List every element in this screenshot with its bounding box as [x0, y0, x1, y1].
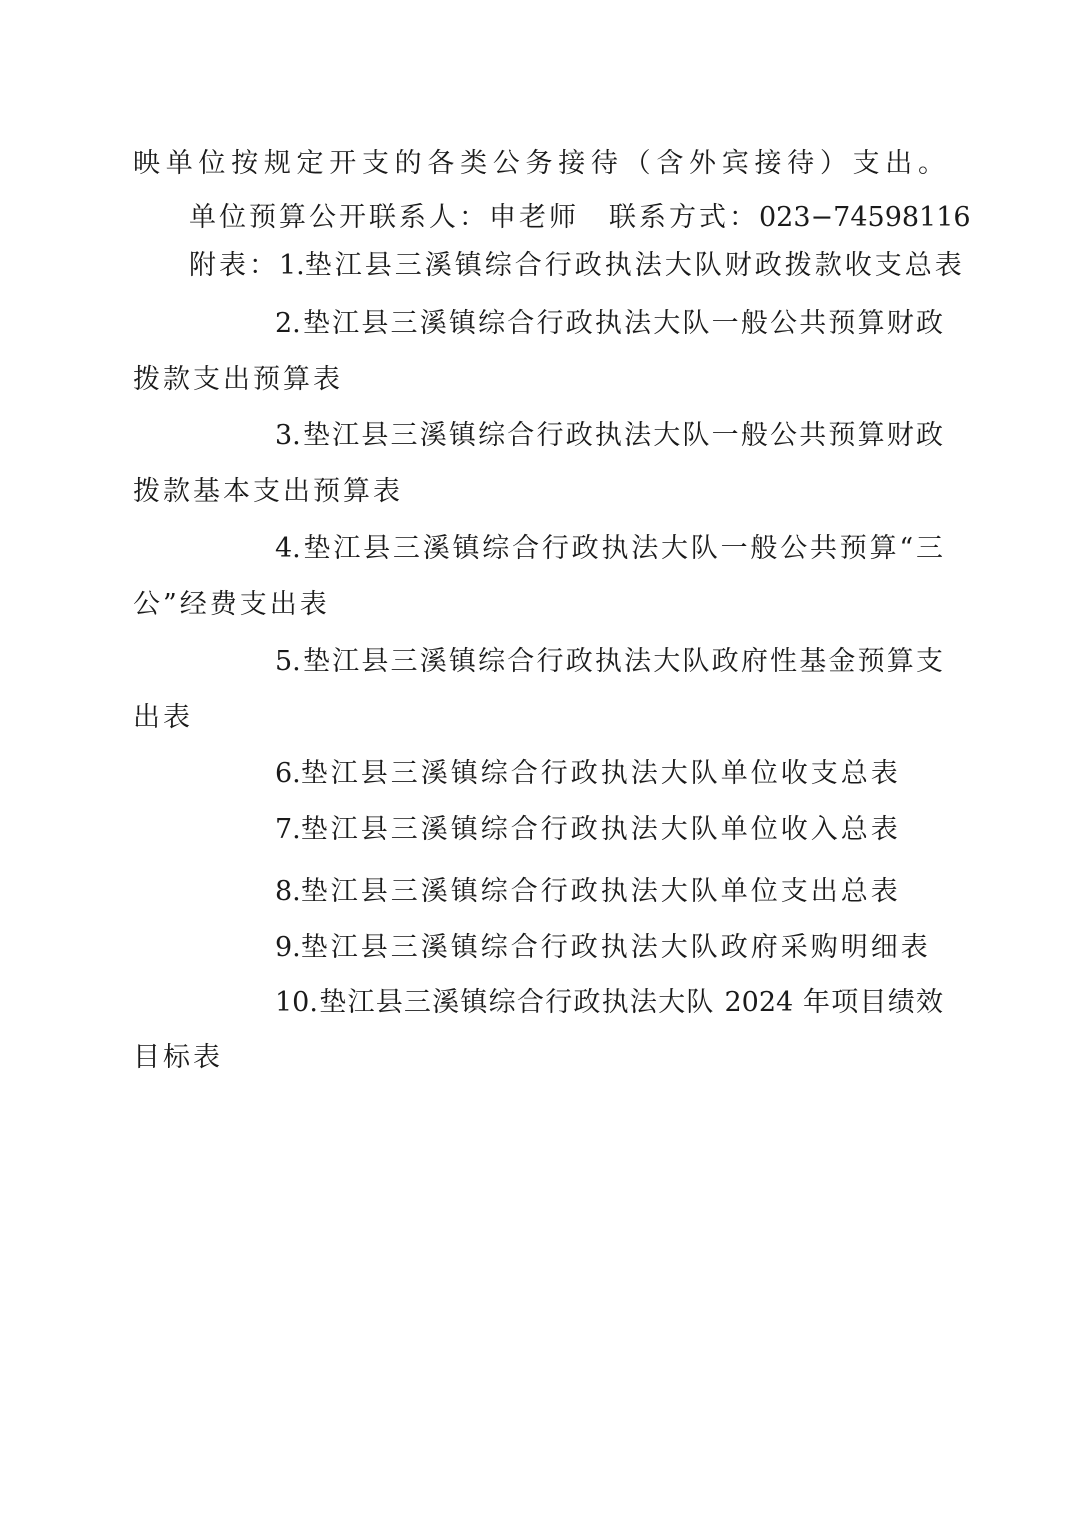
attachment-item-2: 2.垫江县三溪镇综合行政执法大队一般公共预算财政 — [275, 308, 943, 340]
attachment-item-5-cont: 出表 — [133, 702, 193, 734]
document-page: 映单位按规定开支的各类公务接待（含外宾接待）支出。 单位预算公开联系人：申老师联… — [0, 0, 1074, 1520]
attachment-item-10: 10.垫江县三溪镇综合行政执法大队 2024 年项目绩效 — [275, 987, 943, 1019]
attachment-number: 6. — [275, 758, 301, 789]
attachment-title: 垫江县三溪镇综合行政执法大队单位收入总表 — [301, 814, 901, 845]
attachment-number: 4. — [275, 533, 301, 564]
attachment-title: 垫江县三溪镇综合行政执法大队一般公共预算财政 — [301, 420, 943, 451]
contact-label: 单位预算公开联系人： — [189, 202, 489, 233]
attachment-title: 垫江县三溪镇综合行政执法大队政府采购明细表 — [301, 932, 931, 963]
attachment-title: 垫江县三溪镇综合行政执法大队单位支出总表 — [301, 876, 901, 907]
paragraph-reception-tail: 映单位按规定开支的各类公务接待（含外宾接待）支出。 — [133, 148, 945, 180]
contact-line: 单位预算公开联系人：申老师联系方式：023−74598116 — [189, 202, 971, 234]
attachment-item-7: 7.垫江县三溪镇综合行政执法大队单位收入总表 — [275, 814, 901, 846]
contact-phone: 023−74598116 — [759, 202, 971, 233]
attachments-label: 附表： — [189, 250, 279, 281]
attachment-number: 2. — [275, 308, 301, 339]
attachment-number: 5. — [275, 646, 301, 677]
attachment-item-5: 5.垫江县三溪镇综合行政执法大队政府性基金预算支 — [275, 646, 943, 678]
attachment-item-6: 6.垫江县三溪镇综合行政执法大队单位收支总表 — [275, 758, 901, 790]
attachment-item-3-cont: 拨款基本支出预算表 — [133, 476, 403, 508]
attachment-title: 垫江县三溪镇综合行政执法大队单位收支总表 — [301, 758, 901, 789]
attachment-number: 3. — [275, 420, 301, 451]
attachment-number: 7. — [275, 814, 301, 845]
attachment-item-4: 4.垫江县三溪镇综合行政执法大队一般公共预算“三 — [275, 533, 943, 565]
attachment-number: 8. — [275, 876, 301, 907]
attachment-title: 垫江县三溪镇综合行政执法大队一般公共预算“三 — [301, 533, 943, 564]
attachment-item-10-cont: 目标表 — [133, 1042, 223, 1074]
attachment-item-1: 附表：1.垫江县三溪镇综合行政执法大队财政拨款收支总表 — [189, 250, 965, 282]
attachment-number: 9. — [275, 932, 301, 963]
attachment-item-9: 9.垫江县三溪镇综合行政执法大队政府采购明细表 — [275, 932, 931, 964]
attachment-item-4-cont: 公”经费支出表 — [133, 589, 330, 621]
attachment-item-3: 3.垫江县三溪镇综合行政执法大队一般公共预算财政 — [275, 420, 943, 452]
contact-method-label: 联系方式： — [609, 202, 759, 233]
attachment-title: 垫江县三溪镇综合行政执法大队政府性基金预算支 — [301, 646, 943, 677]
attachment-title: 垫江县三溪镇综合行政执法大队一般公共预算财政 — [301, 308, 943, 339]
attachment-number: 10. — [275, 987, 318, 1018]
attachment-title: 垫江县三溪镇综合行政执法大队财政拨款收支总表 — [305, 250, 965, 281]
contact-name: 申老师 — [489, 202, 579, 233]
attachment-number: 1. — [279, 250, 305, 281]
attachment-item-8: 8.垫江县三溪镇综合行政执法大队单位支出总表 — [275, 876, 901, 908]
attachment-item-2-cont: 拨款支出预算表 — [133, 364, 343, 396]
attachment-title: 垫江县三溪镇综合行政执法大队 2024 年项目绩效 — [318, 987, 943, 1018]
